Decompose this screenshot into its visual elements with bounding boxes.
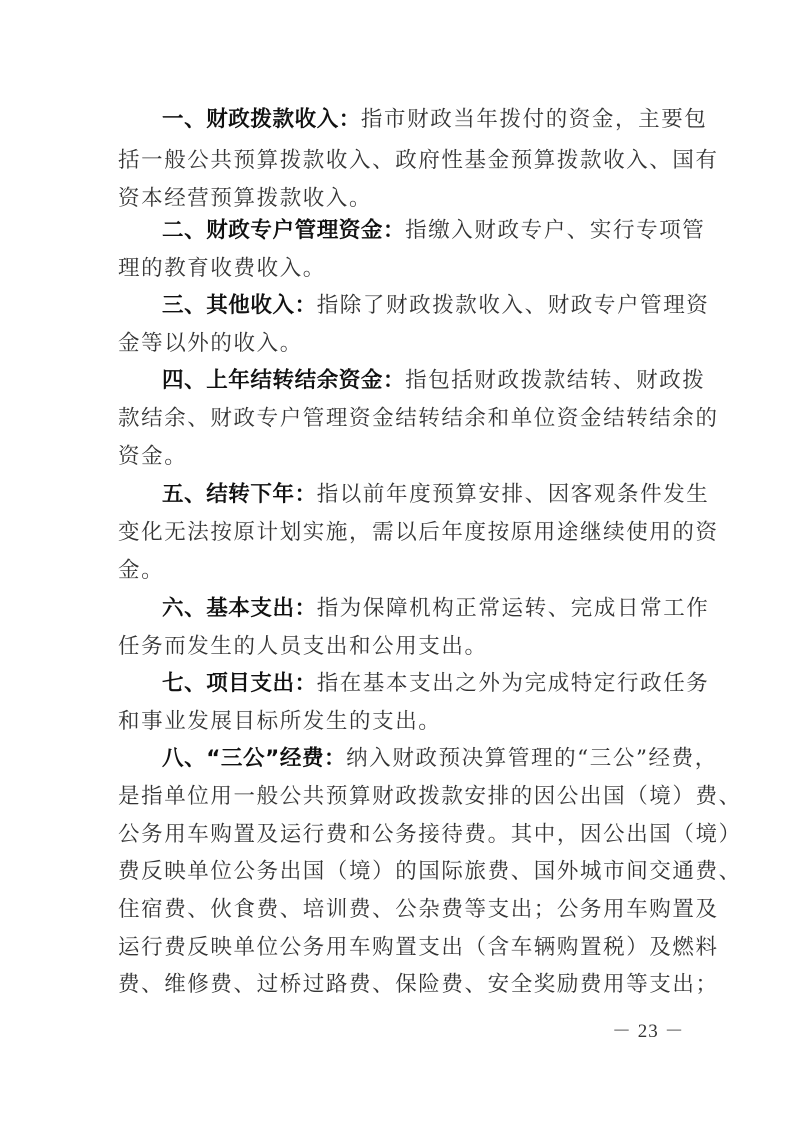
section-1-text: 指市财政当年拨付的资金，主要包 [361, 107, 708, 132]
document-page: 一、财政拨款收入：指市财政当年拨付的资金，主要包 括一般公共预算拨款收入、政府性… [0, 0, 793, 1122]
section-3-text: 指除了财政拨款收入、财政专户管理资 [317, 293, 710, 318]
section-8-line-6: 运行费反映单位公务用车购置支出（含车辆购置税）及燃料 [118, 931, 678, 965]
section-7-text: 指在基本支出之外为完成特定行政任务 [317, 671, 710, 696]
section-4-text: 指包括财政拨款结转、财政拨 [405, 368, 705, 393]
section-5-line-1: 五、结转下年：指以前年度预算安排、因客观条件发生 [162, 478, 678, 512]
section-5-text: 指以前年度预算安排、因客观条件发生 [317, 482, 710, 507]
page-number: － 23 － [612, 1016, 685, 1043]
section-3-line-2: 金等以外的收入。 [118, 327, 678, 361]
section-2-term: 二、财政专户管理资金： [162, 218, 405, 243]
section-8-line-5: 住宿费、伙食费、培训费、公杂费等支出；公务用车购置及 [118, 893, 678, 927]
section-8-line-1: 八、“三公”经费：纳入财政预决算管理的“三公”经费， [162, 742, 678, 776]
section-8-line-4: 费反映单位公务出国（境）的国际旅费、国外城市间交通费、 [118, 855, 678, 889]
section-6-text: 指为保障机构正常运转、完成日常工作 [317, 596, 710, 621]
section-1-line-1: 一、财政拨款收入：指市财政当年拨付的资金，主要包 [162, 103, 678, 137]
section-4-term: 四、上年结转结余资金： [162, 368, 405, 393]
section-4-line-1: 四、上年结转结余资金：指包括财政拨款结转、财政拨 [162, 364, 678, 398]
section-2-text: 指缴入财政专户、实行专项管 [405, 218, 705, 243]
section-8-term: 八、“三公”经费： [162, 746, 346, 771]
section-8-text: 纳入财政预决算管理的“三公”经费， [346, 746, 718, 771]
section-2-line-1: 二、财政专户管理资金：指缴入财政专户、实行专项管 [162, 214, 678, 248]
section-7-term: 七、项目支出： [162, 671, 317, 696]
section-1-term: 一、财政拨款收入： [162, 107, 361, 132]
section-5-line-3: 金。 [118, 554, 678, 588]
section-4-line-3: 资金。 [118, 440, 678, 474]
section-5-term: 五、结转下年： [162, 482, 317, 507]
section-7-line-1: 七、项目支出：指在基本支出之外为完成特定行政任务 [162, 667, 678, 701]
section-6-line-1: 六、基本支出：指为保障机构正常运转、完成日常工作 [162, 592, 678, 626]
section-1-line-2: 括一般公共预算拨款收入、政府性基金预算拨款收入、国有 [118, 144, 678, 178]
section-8-line-3: 公务用车购置及运行费和公务接待费。其中，因公出国（境） [118, 818, 678, 852]
section-1-line-3: 资本经营预算拨款收入。 [118, 182, 678, 216]
section-4-line-2: 款结余、财政专户管理资金结转结余和单位资金结转结余的 [118, 402, 678, 436]
section-8-line-2: 是指单位用一般公共预算财政拨款安排的因公出国（境）费、 [118, 780, 678, 814]
section-5-line-2: 变化无法按原计划实施，需以后年度按原用途继续使用的资 [118, 516, 678, 550]
section-2-line-2: 理的教育收费收入。 [118, 252, 678, 286]
section-8-line-7: 费、维修费、过桥过路费、保险费、安全奖励费用等支出； [118, 968, 678, 1002]
section-7-line-2: 和事业发展目标所发生的支出。 [118, 705, 678, 739]
section-3-term: 三、其他收入： [162, 293, 317, 318]
section-6-line-2: 任务而发生的人员支出和公用支出。 [118, 630, 678, 664]
section-3-line-1: 三、其他收入：指除了财政拨款收入、财政专户管理资 [162, 289, 678, 323]
section-6-term: 六、基本支出： [162, 596, 317, 621]
